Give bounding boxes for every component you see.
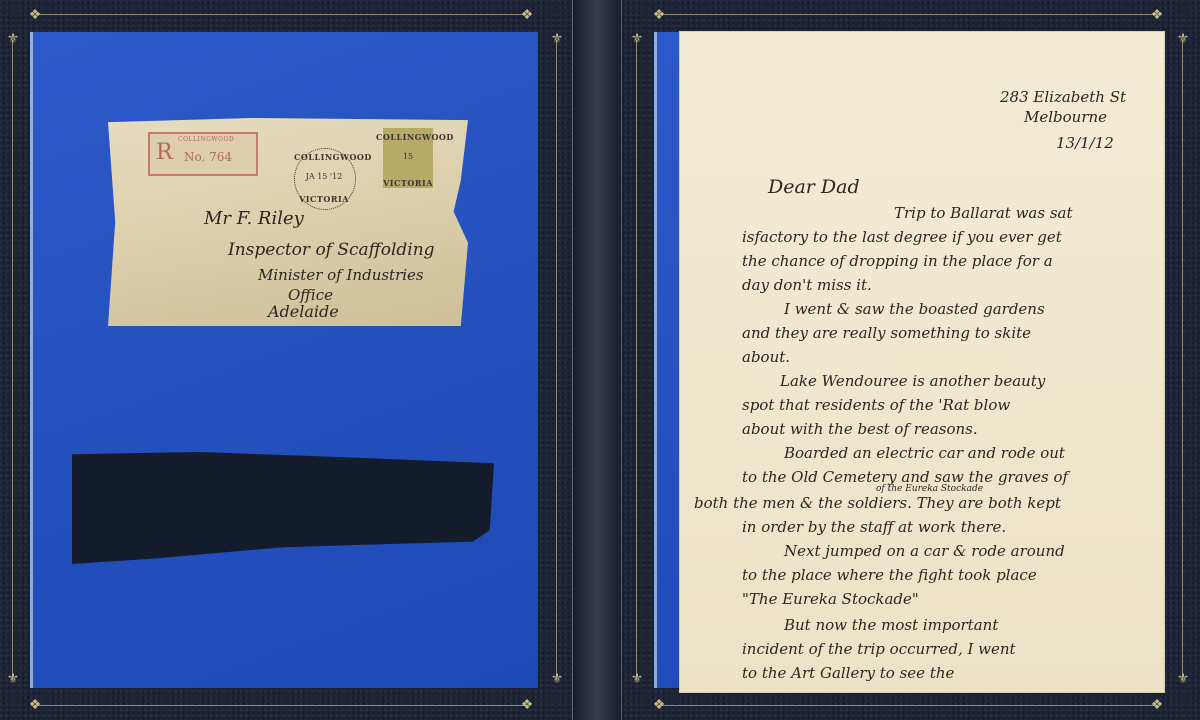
- registration-number: No. 764: [184, 150, 232, 164]
- address-line: Mr F. Riley: [204, 208, 304, 229]
- address-line: Adelaide: [268, 302, 339, 321]
- fleuron-icon: ❖: [652, 8, 666, 22]
- fleuron-icon: ❖: [1150, 8, 1164, 22]
- gilt-line-bottom: [36, 705, 526, 706]
- fleuron-icon: ⚜: [6, 32, 20, 46]
- letter-line: to the Art Gallery to see the: [742, 664, 954, 682]
- registration-town: COLLINGWOOD: [178, 136, 234, 143]
- gilt-line-left: [636, 40, 637, 680]
- letter-line: isfactory to the last degree if you ever…: [742, 228, 1062, 246]
- letter-interlinear-note: of the Eureka Stockade: [876, 484, 983, 494]
- letter-line: But now the most important: [784, 616, 998, 634]
- letter-line: spot that residents of the 'Rat blow: [742, 396, 1010, 414]
- fleuron-icon: ⚜: [1176, 32, 1190, 46]
- letter-salutation: Dear Dad: [768, 176, 860, 198]
- fleuron-icon: ❖: [1150, 698, 1164, 712]
- gilt-line-top: [658, 14, 1158, 15]
- fleuron-icon: ❖: [652, 698, 666, 712]
- letter-line: Lake Wendouree is another beauty: [780, 372, 1045, 390]
- postmark-town: COLLINGWOOD: [294, 152, 354, 162]
- registration-letter: R: [156, 140, 173, 165]
- letter-line: about with the best of reasons.: [742, 420, 978, 438]
- postmark-stamp: COLLINGWOOD JA 15 '12 VICTORIA: [294, 148, 354, 208]
- fleuron-icon: ❖: [28, 8, 42, 22]
- postmark-state: VICTORIA: [294, 194, 354, 204]
- fleuron-icon: ⚜: [550, 672, 564, 686]
- folder-spine: [572, 0, 622, 720]
- fleuron-icon: ❖: [520, 8, 534, 22]
- postmark-state: VICTORIA: [376, 178, 440, 188]
- fleuron-icon: ⚜: [550, 32, 564, 46]
- letter-line: "The Eureka Stockade": [742, 590, 919, 608]
- address-line: Minister of Industries: [258, 266, 424, 284]
- letter-line: in order by the staff at work there.: [742, 518, 1006, 536]
- registration-label: R COLLINGWOOD No. 764: [148, 132, 258, 176]
- letter-line: I went & saw the boasted gardens: [784, 300, 1045, 318]
- letter-date: 13/1/12: [1056, 134, 1114, 152]
- fleuron-icon: ⚜: [6, 672, 20, 686]
- gilt-line-right: [556, 40, 557, 680]
- registered-envelope: R COLLINGWOOD No. 764 COLLINGWOOD JA 15 …: [108, 118, 468, 326]
- letter-line: the chance of dropping in the place for …: [742, 252, 1053, 270]
- letter-line: Trip to Ballarat was sat: [894, 204, 1073, 222]
- fleuron-icon: ❖: [520, 698, 534, 712]
- fleuron-icon: ❖: [28, 698, 42, 712]
- gilt-line-top: [36, 14, 526, 15]
- gilt-line-left: [12, 40, 13, 680]
- letter-line: both the men & the soldiers. They are bo…: [694, 494, 1061, 512]
- postmark-cancel: COLLINGWOOD 15 VICTORIA: [376, 128, 440, 192]
- letter-line: and they are really something to skite: [742, 324, 1031, 342]
- fleuron-icon: ⚜: [630, 32, 644, 46]
- address-line: Inspector of Scaffolding: [228, 240, 435, 260]
- left-panel: ❖ ❖ ⚜ ⚜ ⚜ ⚜ ❖ ❖ R COLLINGWOOD No. 764 CO…: [0, 0, 572, 720]
- postmark-town: COLLINGWOOD: [376, 132, 440, 142]
- fleuron-icon: ⚜: [1176, 672, 1190, 686]
- letter-line: day don't miss it.: [742, 276, 872, 294]
- gilt-line-bottom: [658, 705, 1158, 706]
- letter-city: Melbourne: [1024, 108, 1107, 126]
- letter-line: Next jumped on a car & rode around: [784, 542, 1065, 560]
- gilt-line-right: [1182, 40, 1183, 680]
- handwritten-letter: 283 Elizabeth St Melbourne 13/1/12 Dear …: [680, 32, 1164, 692]
- letter-line: incident of the trip occurred, I went: [742, 640, 1016, 658]
- fleuron-icon: ⚜: [630, 672, 644, 686]
- postmark-date: JA 15 '12: [294, 172, 354, 181]
- leather-folder: ❖ ❖ ⚜ ⚜ ⚜ ⚜ ❖ ❖ R COLLINGWOOD No. 764 CO…: [0, 0, 1200, 720]
- letter-address: 283 Elizabeth St: [1000, 88, 1126, 106]
- letter-line: to the place where the fight took place: [742, 566, 1037, 584]
- letter-line: Boarded an electric car and rode out: [784, 444, 1065, 462]
- postmark-date: 15: [376, 152, 440, 161]
- letter-line: about.: [742, 348, 790, 366]
